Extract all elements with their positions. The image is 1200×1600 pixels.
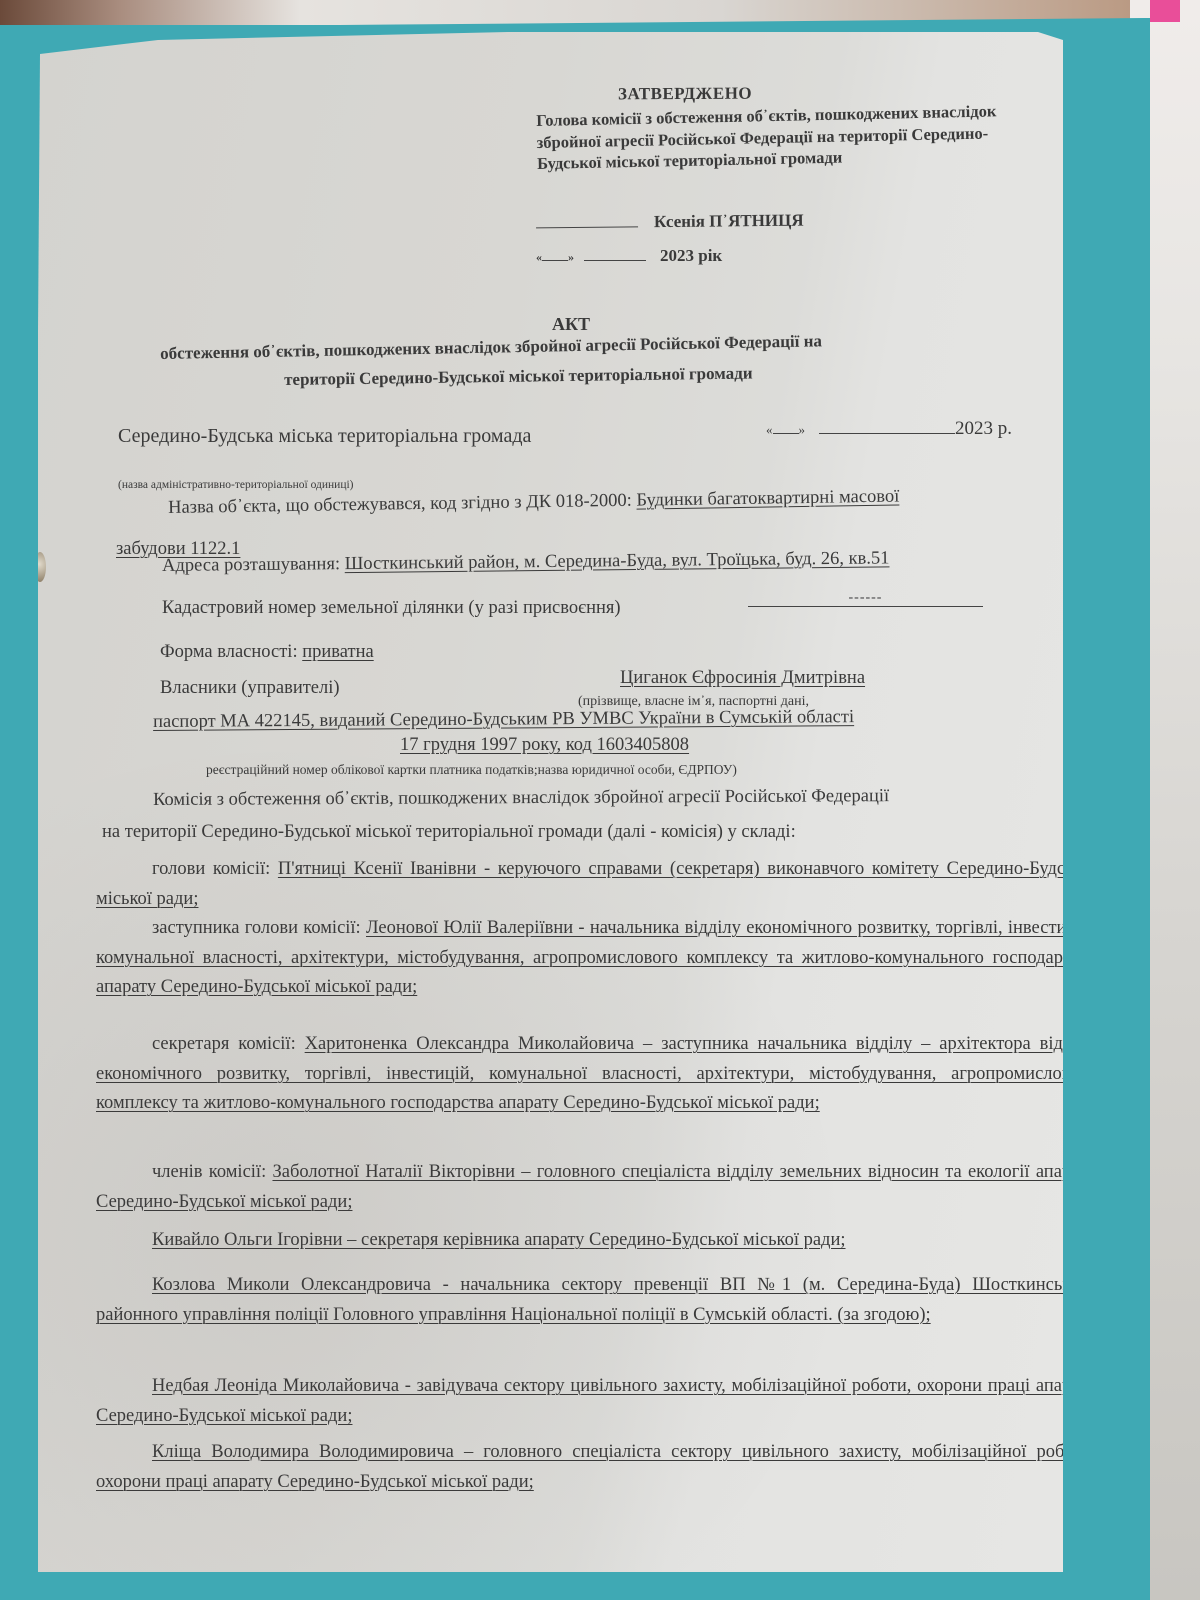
commission-intro-line-2: на території Середино-Будської міської т…	[102, 822, 796, 843]
ownership-field: Форма власності: приватна	[160, 642, 374, 663]
signature-line	[536, 226, 638, 228]
owner-name: Циганок Єфросинія Дмитрівна	[620, 668, 865, 689]
tax-hint: реєстраційний номер облікової картки пла…	[206, 762, 737, 778]
ownership-label: Форма власності:	[160, 642, 302, 662]
quote-open: «	[536, 250, 542, 264]
community-hint: (назва адміністративно-територіальної од…	[118, 479, 354, 491]
commission-member: Кивайло Ольги Ігорівни – секретаря керів…	[96, 1226, 1096, 1256]
day-blank	[773, 433, 799, 434]
address-label: Адреса розташування:	[162, 554, 345, 576]
cadastre-value: ------	[748, 590, 983, 607]
member-text: Недбая Леоніда Миколайовича - завідувача…	[96, 1376, 1096, 1426]
member-text: Козлова Миколи Олександровича - начальни…	[96, 1275, 1096, 1325]
member-role: заступника голови комісії:	[152, 918, 366, 938]
document-page: ЗАТВЕРДЖЕНО Голова комісії з обстеження …	[38, 32, 1063, 1572]
document-subtitle-line-2: території Середино-Будської міської тери…	[284, 363, 753, 390]
quote-close: »	[799, 422, 806, 437]
address-field: Адреса розташування: Шосткинський район,…	[162, 548, 890, 577]
passport-line-2: 17 грудня 1997 року, код 1603405808	[400, 735, 689, 756]
quote-open: «	[766, 422, 773, 437]
member-role: секретаря комісії:	[152, 1034, 305, 1054]
approval-title: ЗАТВЕРДЖЕНО	[618, 84, 752, 105]
owners-label: Власники (управителі)	[160, 678, 340, 699]
member-text: Кліща Володимира Володимировича – головн…	[96, 1442, 1096, 1492]
commission-member: Кліща Володимира Володимировича – головн…	[96, 1438, 1096, 1497]
approval-year: 2023 рік	[660, 246, 722, 265]
commission-member: Козлова Миколи Олександровича - начальни…	[96, 1271, 1096, 1330]
ownership-value: приватна	[302, 642, 373, 662]
cadastre-field: ------	[748, 590, 983, 607]
commission-member: голови комісії: П'ятниці Ксенії Іванівни…	[96, 855, 1096, 914]
commission-member: членів комісії: Заболотної Наталії Вікто…	[96, 1158, 1096, 1217]
object-name-value: Будинки багатоквартирні масової	[636, 487, 899, 511]
approval-date: «»2023 рік	[536, 246, 722, 266]
commission-intro-line-1: Комісія з обстеження об᾽єктів, пошкоджен…	[153, 786, 889, 811]
commission-member: Недбая Леоніда Миколайовича - завідувача…	[96, 1372, 1096, 1431]
community-name: Середино-Будська міська територіальна гр…	[118, 424, 578, 448]
document-subtitle-line-1: обстеження об᾽єктів, пошкоджених внаслід…	[160, 331, 822, 364]
quote-close: »	[568, 250, 574, 264]
month-blank	[584, 260, 646, 261]
member-role: голови комісії:	[152, 859, 278, 879]
document-title: АКТ	[552, 314, 590, 335]
approval-position: Голова комісії з обстеження об᾽єктів, по…	[536, 100, 1027, 175]
sticky-note	[1150, 0, 1180, 22]
approval-signer: Ксенія П᾽ЯТНИЦЯ	[654, 211, 804, 232]
object-name-field: Назва об᾽єкта, що обстежувався, код згід…	[168, 487, 899, 519]
commission-member: заступника голови комісії: Леонової Юлії…	[96, 914, 1096, 1003]
commission-member: секретаря комісії: Харитоненка Олександр…	[96, 1030, 1096, 1119]
cadastre-label: Кадастровий номер земельної ділянки (у р…	[162, 598, 621, 619]
act-date: «»2023 р.	[766, 418, 1012, 440]
approval-signature: Ксенія П᾽ЯТНИЦЯ	[536, 211, 804, 234]
month-blank	[819, 433, 955, 434]
passport-line-1: паспорт МА 422145, виданий Середино-Будс…	[153, 707, 854, 733]
act-year: 2023 р.	[955, 418, 1012, 439]
day-blank	[542, 260, 568, 261]
member-text: Кивайло Ольги Ігорівни – секретаря керів…	[152, 1230, 846, 1250]
address-value: Шосткинський район, м. Середина-Буда, ву…	[345, 548, 890, 574]
member-role: членів комісії:	[152, 1162, 272, 1182]
object-name-label: Назва об᾽єкта, що обстежувався, код згід…	[168, 491, 637, 518]
